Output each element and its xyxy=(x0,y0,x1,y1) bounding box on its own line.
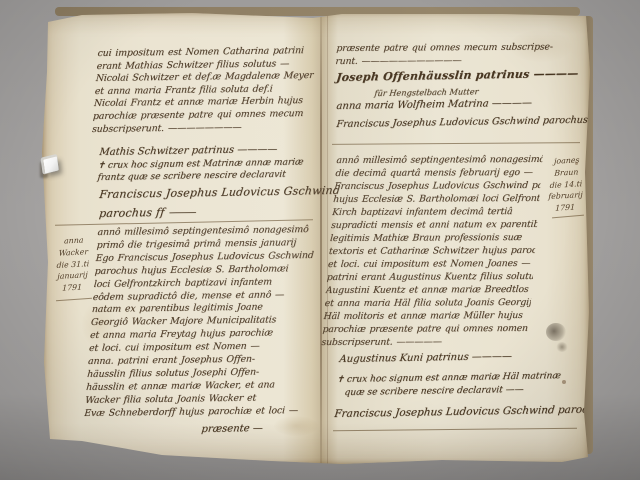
fox-spot xyxy=(562,380,566,384)
closing-rule xyxy=(333,428,577,432)
open-register-book: cui impositum est Nomen Catharina patrin… xyxy=(42,12,590,464)
manuscript-line: supradicti mensis et anni natum ex paren… xyxy=(331,218,538,232)
manuscript-line: legitimis Mathiæ Braun professionis suæ xyxy=(330,231,537,245)
manuscript-line: die decimâ quartâ mensis februarij ego — xyxy=(335,166,542,180)
right-entryB-text: annô millesimô septingentesimô nonagesim… xyxy=(321,153,543,349)
right-mutter-note: für Hengstelbach Mutter xyxy=(374,86,479,98)
margin-note-rule xyxy=(552,215,584,219)
manuscript-line: annô millesimô septingentesimô nonagesim… xyxy=(336,153,543,167)
right-patrinusA-signature: Joseph Offenhäusslin patrinus ———— xyxy=(336,67,580,84)
manuscript-line: parochiæ præsente patre qui omnes nomen xyxy=(322,322,529,336)
right-cross-mark-line2: quæ se scribere nescire declaravit —— xyxy=(344,385,524,398)
right-parishA-signature: Franciscus Josephus Ludovicus Gschwind p… xyxy=(336,114,598,130)
manuscript-line: patrini erant Augustinus Kuentz filius s… xyxy=(326,270,533,284)
manuscript-line: præsente patre qui omnes mecum subscrips… xyxy=(336,40,575,55)
left-catchword: præsente — xyxy=(201,423,263,435)
manuscript-line: Franciscus Josephus Ludovicus Gschwind p… xyxy=(334,179,541,193)
right-patrinusB-signature: Augustinus Kuni patrinus ———— xyxy=(339,351,513,365)
left-cross-mark-line2: frantz quæ se scribere nescire declaravi… xyxy=(97,170,286,183)
manuscript-line: subscripserunt. ———————— xyxy=(92,121,311,137)
manuscript-line: Evæ Schneberdorff hujus parochiæ et loci… xyxy=(84,405,303,421)
left-entry1-text: cui impositum est Nomen Catharina patrin… xyxy=(92,45,317,136)
manuscript-scan-photo: cui impositum est Nomen Catharina patrin… xyxy=(0,0,640,480)
right-margin-note: joanesBraundie 14.tifebruarij1791 xyxy=(546,154,586,215)
manuscript-line: hujus Ecclesiæ S. Bartholomæi loci Gelfr… xyxy=(333,192,540,206)
left-patrinus-signature: Mathis Schwitzer patrinus ———— xyxy=(99,144,278,158)
left-margin-note: annaWackerdie 31.tijanuarij1791 xyxy=(52,234,94,295)
right-matrinaA-signature: anna maria Wolfheim Matrina ———— xyxy=(336,98,533,112)
ink-blot-small xyxy=(556,342,568,352)
left-parish-signature: Franciscus Josephus Ludovicus Gschwind xyxy=(99,184,341,201)
margin-note-rule xyxy=(56,298,92,302)
margin-note-line: 1791 xyxy=(546,201,584,215)
manuscript-line: subscripserunt. ————— xyxy=(321,335,528,349)
margin-note-line: februarij xyxy=(546,190,584,204)
spine-gutter-crease-2 xyxy=(327,12,328,464)
left-entry2-text: annô millesimô septingentesimô nonagesim… xyxy=(84,224,316,421)
margin-note-line: 1791 xyxy=(52,281,92,295)
manuscript-line: Kirch baptizavi infantem decimâ tertiâ xyxy=(332,205,539,219)
paper-stain xyxy=(274,416,318,436)
ink-blot xyxy=(546,323,566,341)
manuscript-line: runt. ——————————— xyxy=(335,53,574,68)
manuscript-line: Häl molitoris et annæ mariæ Müller hujus xyxy=(323,309,530,323)
left-parish-signature-2: parochus ff ⸻ xyxy=(98,203,197,221)
manuscript-line: textoris et Catharinæ Schwitzer hujus pa… xyxy=(328,244,535,258)
manuscript-line: et anna maria Häl filia soluta Joanis Ge… xyxy=(324,296,531,310)
right-parishB-signature: Franciscus Josephus Ludovicus Gschwind p… xyxy=(334,403,640,420)
manuscript-line: Augustini Kuentz et annæ mariæ Breedtlos xyxy=(325,283,532,297)
entry-separator-rule xyxy=(332,142,580,145)
spine-gutter-crease xyxy=(320,12,322,464)
manuscript-line: et loci. cui impositum est Nomen Joanes … xyxy=(327,257,534,271)
right-entryA-text: præsente patre qui omnes mecum subscrips… xyxy=(335,40,575,68)
right-cross-mark-line: ✝ crux hoc signum est annæ mariæ Häl mat… xyxy=(336,371,561,385)
